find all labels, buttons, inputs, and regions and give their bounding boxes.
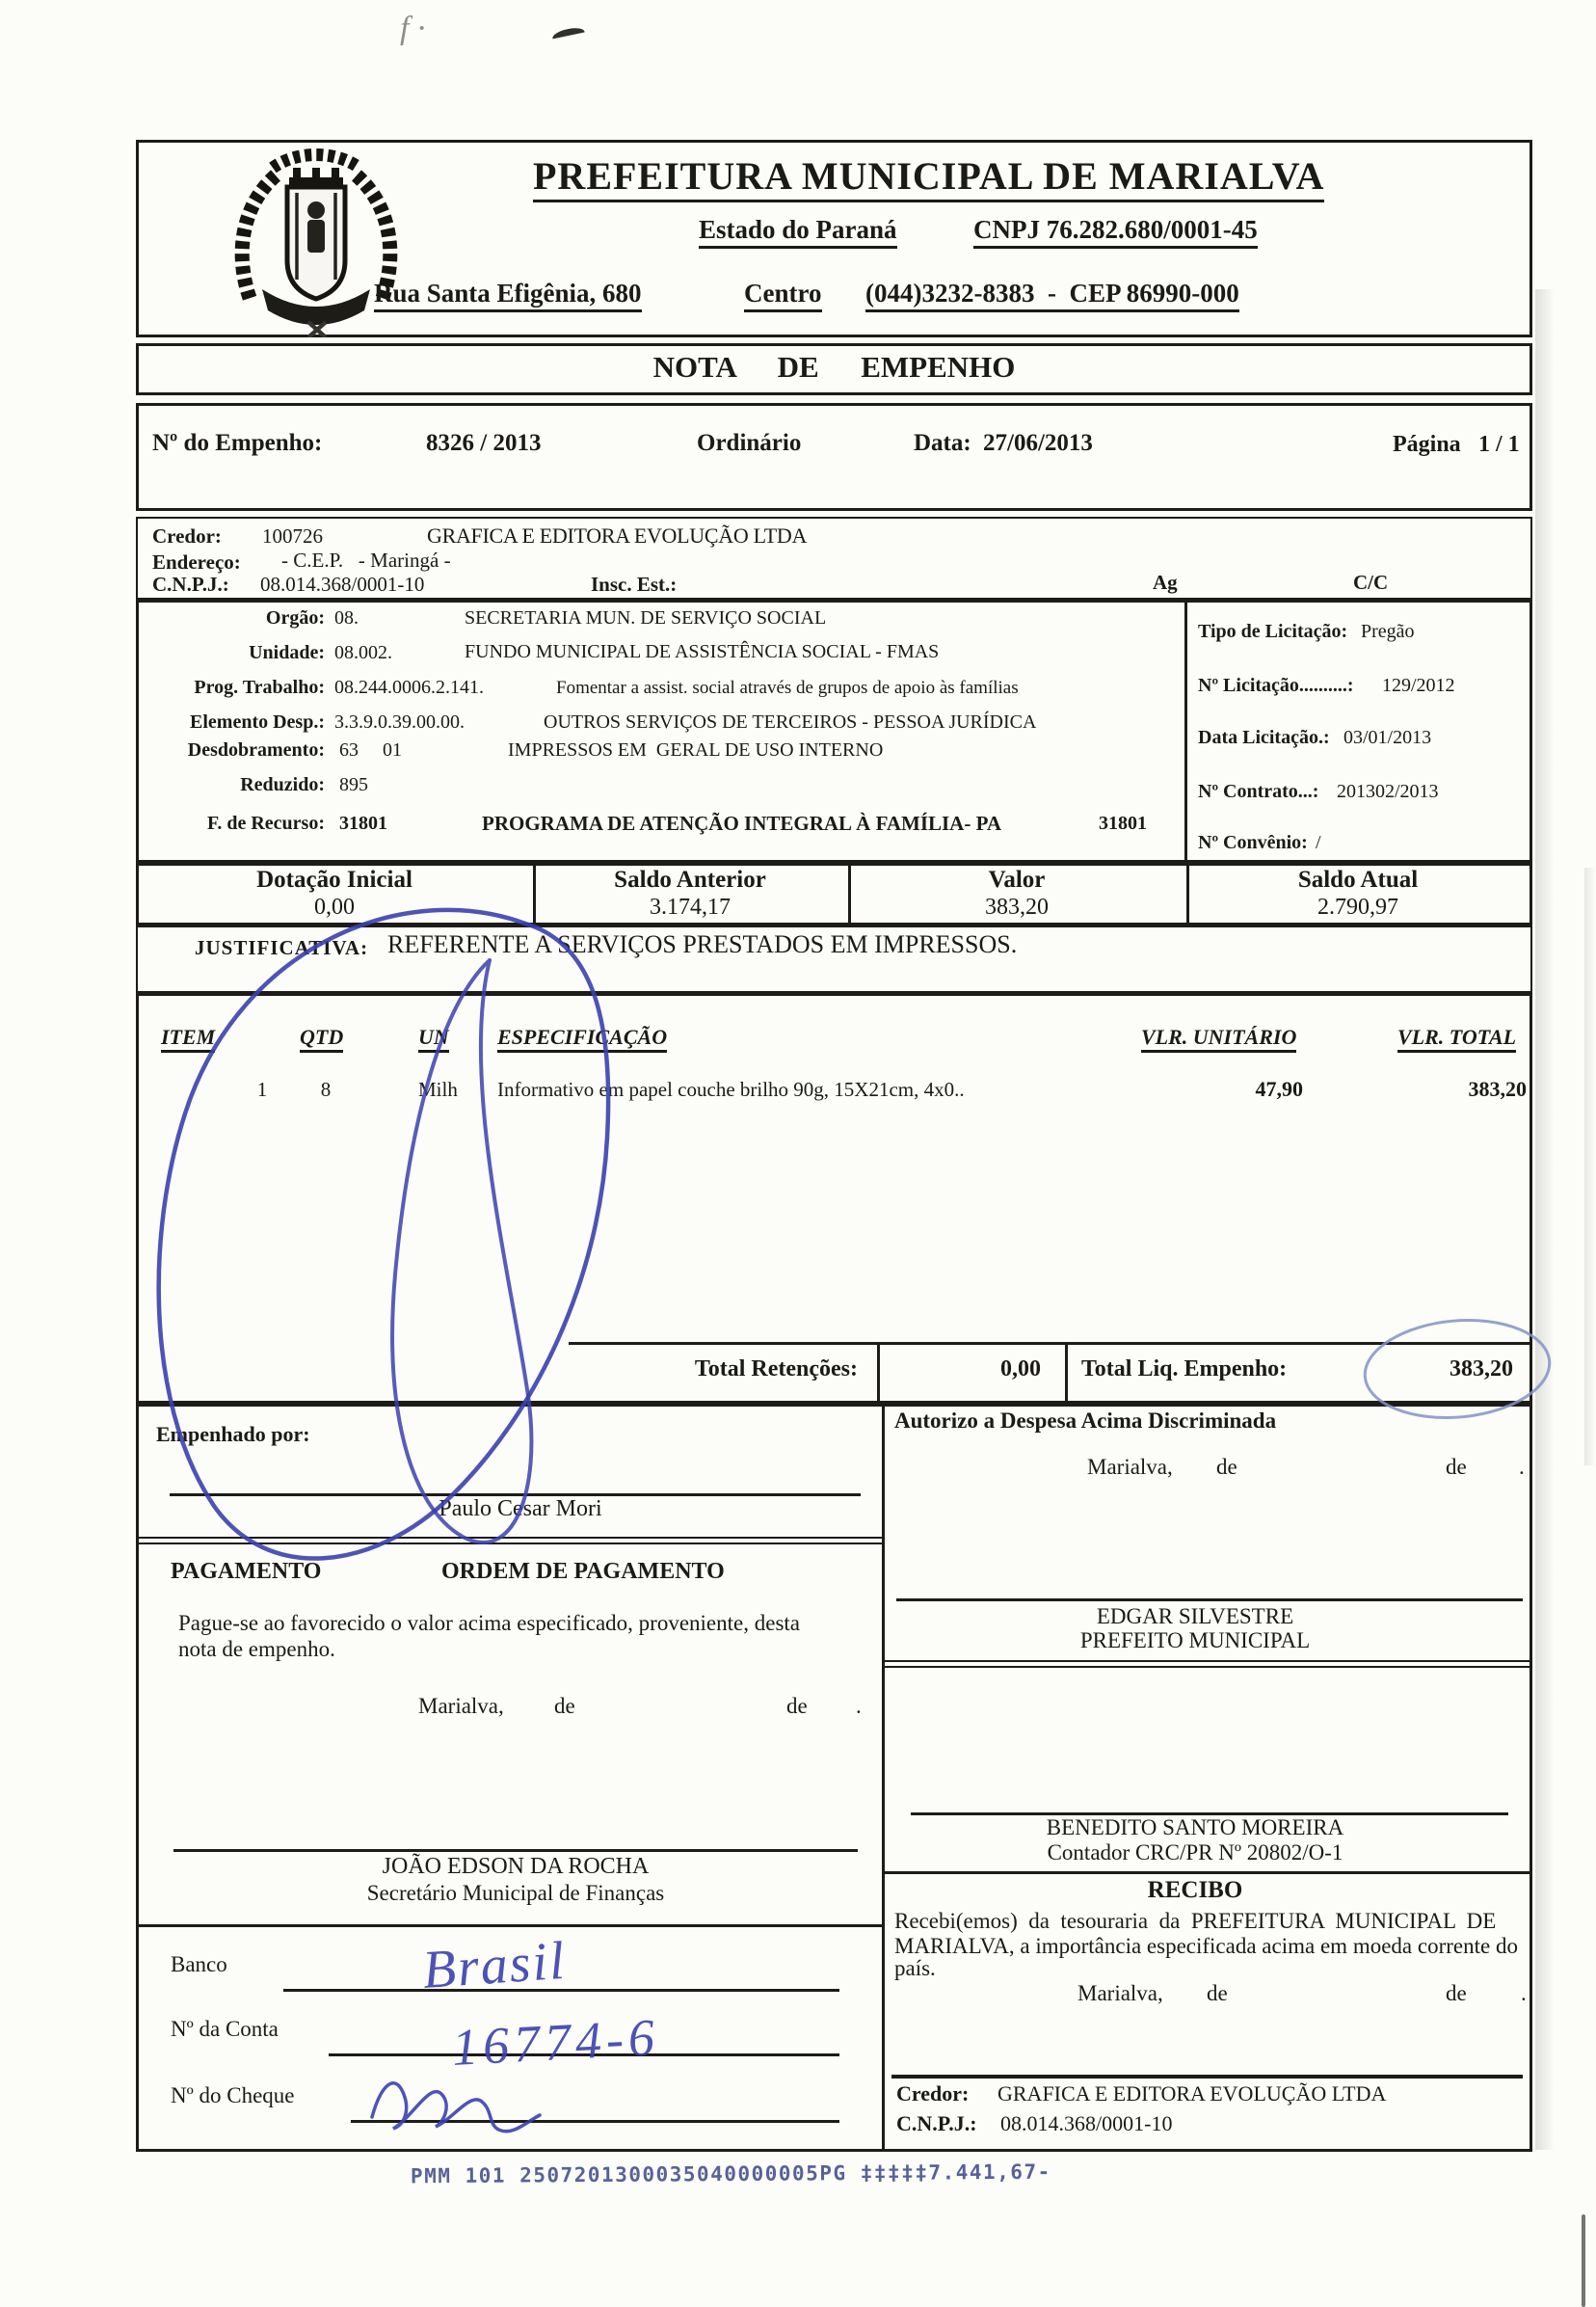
receipt-body-1: Recebi(emos) da tesouraria da PREFEITURA… bbox=[894, 1910, 1496, 1933]
receipt-creditor-name: GRAFICA E EDITORA EVOLUÇÃO LTDA bbox=[997, 2082, 1386, 2105]
receipt-de1: de bbox=[1207, 1982, 1228, 2005]
receipt-body-3: país. bbox=[894, 1957, 936, 1980]
auth-de2: de bbox=[1446, 1456, 1467, 1479]
receipt-cnpj-label: C.N.P.J.: bbox=[896, 2112, 977, 2134]
auth-city: Marialva, bbox=[1087, 1456, 1173, 1479]
machine-print-line: PMM 101 2507201300035040000005PG ‡‡‡‡‡7.… bbox=[411, 2161, 1051, 2187]
receipt-dot: . bbox=[1521, 1982, 1527, 2005]
auth-de1: de bbox=[1216, 1456, 1237, 1479]
mayor-name: EDGAR SILVESTRE bbox=[916, 1605, 1475, 1628]
right-column: Autorizo a Despesa Acima Discriminada Ma… bbox=[0, 0, 1596, 2307]
mayor-role: PREFEITO MUNICIPAL bbox=[916, 1629, 1475, 1652]
accountant-role: Contador CRC/PR Nº 20802/O-1 bbox=[916, 1841, 1475, 1864]
receipt-creditor-label: Credor: bbox=[896, 2082, 969, 2105]
receipt-cnpj-value: 08.014.368/0001-10 bbox=[1000, 2112, 1172, 2134]
receipt-de2: de bbox=[1446, 1982, 1467, 2005]
scanned-document-page: f · bbox=[0, 0, 1596, 2307]
authorization-title: Autorizo a Despesa Acima Discriminada bbox=[894, 1409, 1276, 1433]
receipt-body-2: MARIALVA, a importância especificada aci… bbox=[894, 1935, 1518, 1958]
receipt-city: Marialva, bbox=[1077, 1982, 1163, 2005]
accountant-name: BENEDITO SANTO MOREIRA bbox=[916, 1816, 1475, 1839]
receipt-title: RECIBO bbox=[916, 1878, 1475, 1903]
auth-dot: . bbox=[1519, 1456, 1525, 1479]
